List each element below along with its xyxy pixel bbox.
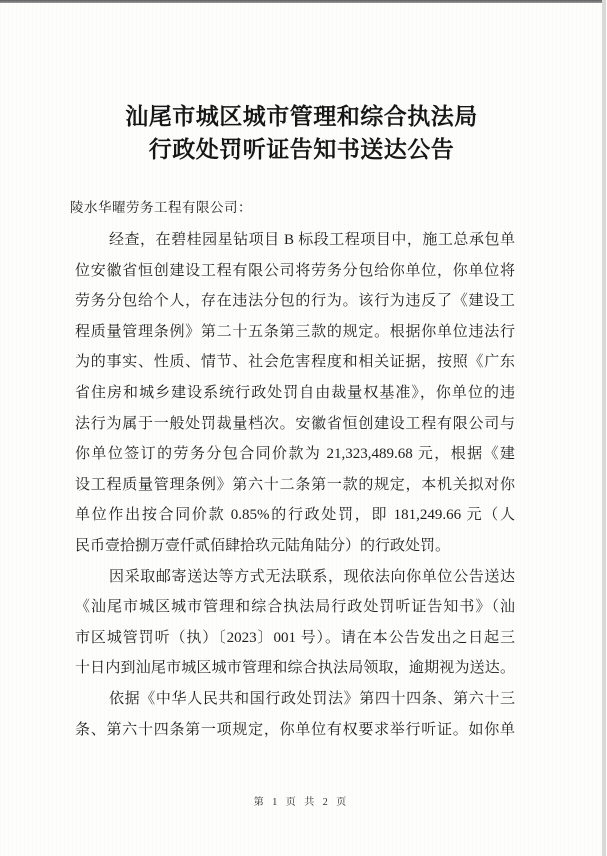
body-line: 条、第六十四条第一项规定，你单位有权要求举行听证。如你单 bbox=[75, 715, 515, 746]
body-line: 十日内到汕尾市城区城市管理和综合执法局领取，逾期视为送达。 bbox=[75, 653, 515, 684]
body-line: 依据《中华人民共和国行政处罚法》第四十四条、第六十三 bbox=[75, 684, 515, 715]
addressee: 陵水华曜劳务工程有限公司： bbox=[70, 194, 252, 222]
scan-top-edge bbox=[0, 0, 604, 3]
body-line: 经查，在碧桂园星钻项目 B 标段工程项目中，施工总承包单 bbox=[75, 225, 515, 256]
title-line-2: 行政处罚听证告知书送达公告 bbox=[0, 133, 603, 166]
body-line: 你单位签订的劳务分包合同价款为 21,323,489.68 元，根据《建 bbox=[75, 439, 515, 470]
page-number: 第 1 页 共 2 页 bbox=[0, 793, 603, 808]
body-line: 《汕尾市城区城市管理和综合执法局行政处罚听证告知书》（汕 bbox=[75, 592, 515, 623]
document-page: 汕尾市城区城市管理和综合执法局 行政处罚听证告知书送达公告 陵水华曜劳务工程有限… bbox=[0, 0, 607, 856]
body-line: 设工程质量管理条例》第六十二条第一款的规定，本机关拟对你 bbox=[75, 470, 515, 501]
body-line: 单位作出按合同价款 0.85%的行政处罚，即 181,249.66 元（人 bbox=[75, 500, 515, 531]
body-line: 为的事实、性质、情节、社会危害程度和相关证据，按照《广东 bbox=[75, 347, 515, 378]
body-line: 程质量管理条例》第二十五条第三款的规定。根据你单位违法行 bbox=[75, 317, 515, 348]
body-line: 法行为属于一般处罚裁量档次。安徽省恒创建设工程有限公司与 bbox=[75, 409, 515, 440]
body-line: 劳务分包给个人，存在违法分包的行为。该行为违反了《建设工 bbox=[75, 286, 515, 317]
body-line: 省住房和城乡建设系统行政处罚自由裁量权基准》，你单位的违 bbox=[75, 378, 515, 409]
document-body: 经查，在碧桂园星钻项目 B 标段工程项目中，施工总承包单位安徽省恒创建设工程有限… bbox=[75, 225, 515, 745]
body-line: 市区城管罚听（执）〔2023〕001 号）。请在本公告发出之日起三 bbox=[75, 623, 515, 654]
body-line: 民币壹拾捌万壹仟贰佰肆拾玖元陆角陆分）的行政处罚。 bbox=[75, 531, 515, 562]
body-line: 因采取邮寄送达等方式无法联系，现依法向你单位公告送达 bbox=[75, 562, 515, 593]
document-title: 汕尾市城区城市管理和综合执法局 行政处罚听证告知书送达公告 bbox=[0, 100, 603, 166]
title-line-1: 汕尾市城区城市管理和综合执法局 bbox=[0, 100, 603, 133]
body-line: 位安徽省恒创建设工程有限公司将劳务分包给你单位，你单位将 bbox=[75, 256, 515, 287]
